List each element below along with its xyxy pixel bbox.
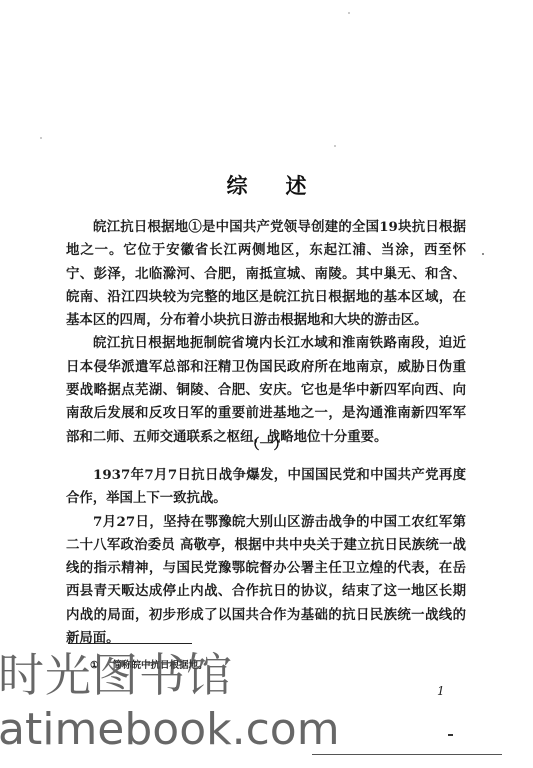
paragraph: 皖江抗日根据地①是中国共产党领导创建的全国19块抗日根据地之一。它位于安徽省长江… (66, 216, 466, 332)
paragraph: 1937年7月7日抗日战争爆发，中国国民党和中国共产党再度合作，举国上下一致抗战… (66, 464, 466, 511)
scan-speck (40, 137, 42, 139)
page-title: 综述 (0, 170, 533, 200)
watermark-url: atimebook.com (0, 708, 340, 752)
scan-speck (482, 253, 484, 255)
scan-mark (448, 734, 453, 736)
intro-paragraphs: 皖江抗日根据地①是中国共产党领导创建的全国19块抗日根据地之一。它位于安徽省长江… (66, 216, 466, 449)
paragraph: 皖江抗日根据地扼制皖省境内长江水域和淮南铁路南段，迫近日本侵华派遣军总部和汪精卫… (66, 332, 466, 448)
footnote-divider (68, 643, 192, 644)
paragraph: 7月27日，坚持在鄂豫皖大别山区游击战争的中国工农红军第二十八军政治委员 高敬亭… (66, 511, 466, 651)
scan-speck (348, 12, 350, 14)
section-heading: （一） (0, 434, 533, 454)
watermark-name: 时光图书馆 (0, 652, 233, 698)
scan-speck (334, 145, 336, 147)
section-1-paragraphs: 1937年7月7日抗日战争爆发，中国国民党和中国共产党再度合作，举国上下一致抗战… (66, 464, 466, 650)
scan-edge-line (312, 754, 502, 755)
page-number: 1 (437, 684, 445, 698)
